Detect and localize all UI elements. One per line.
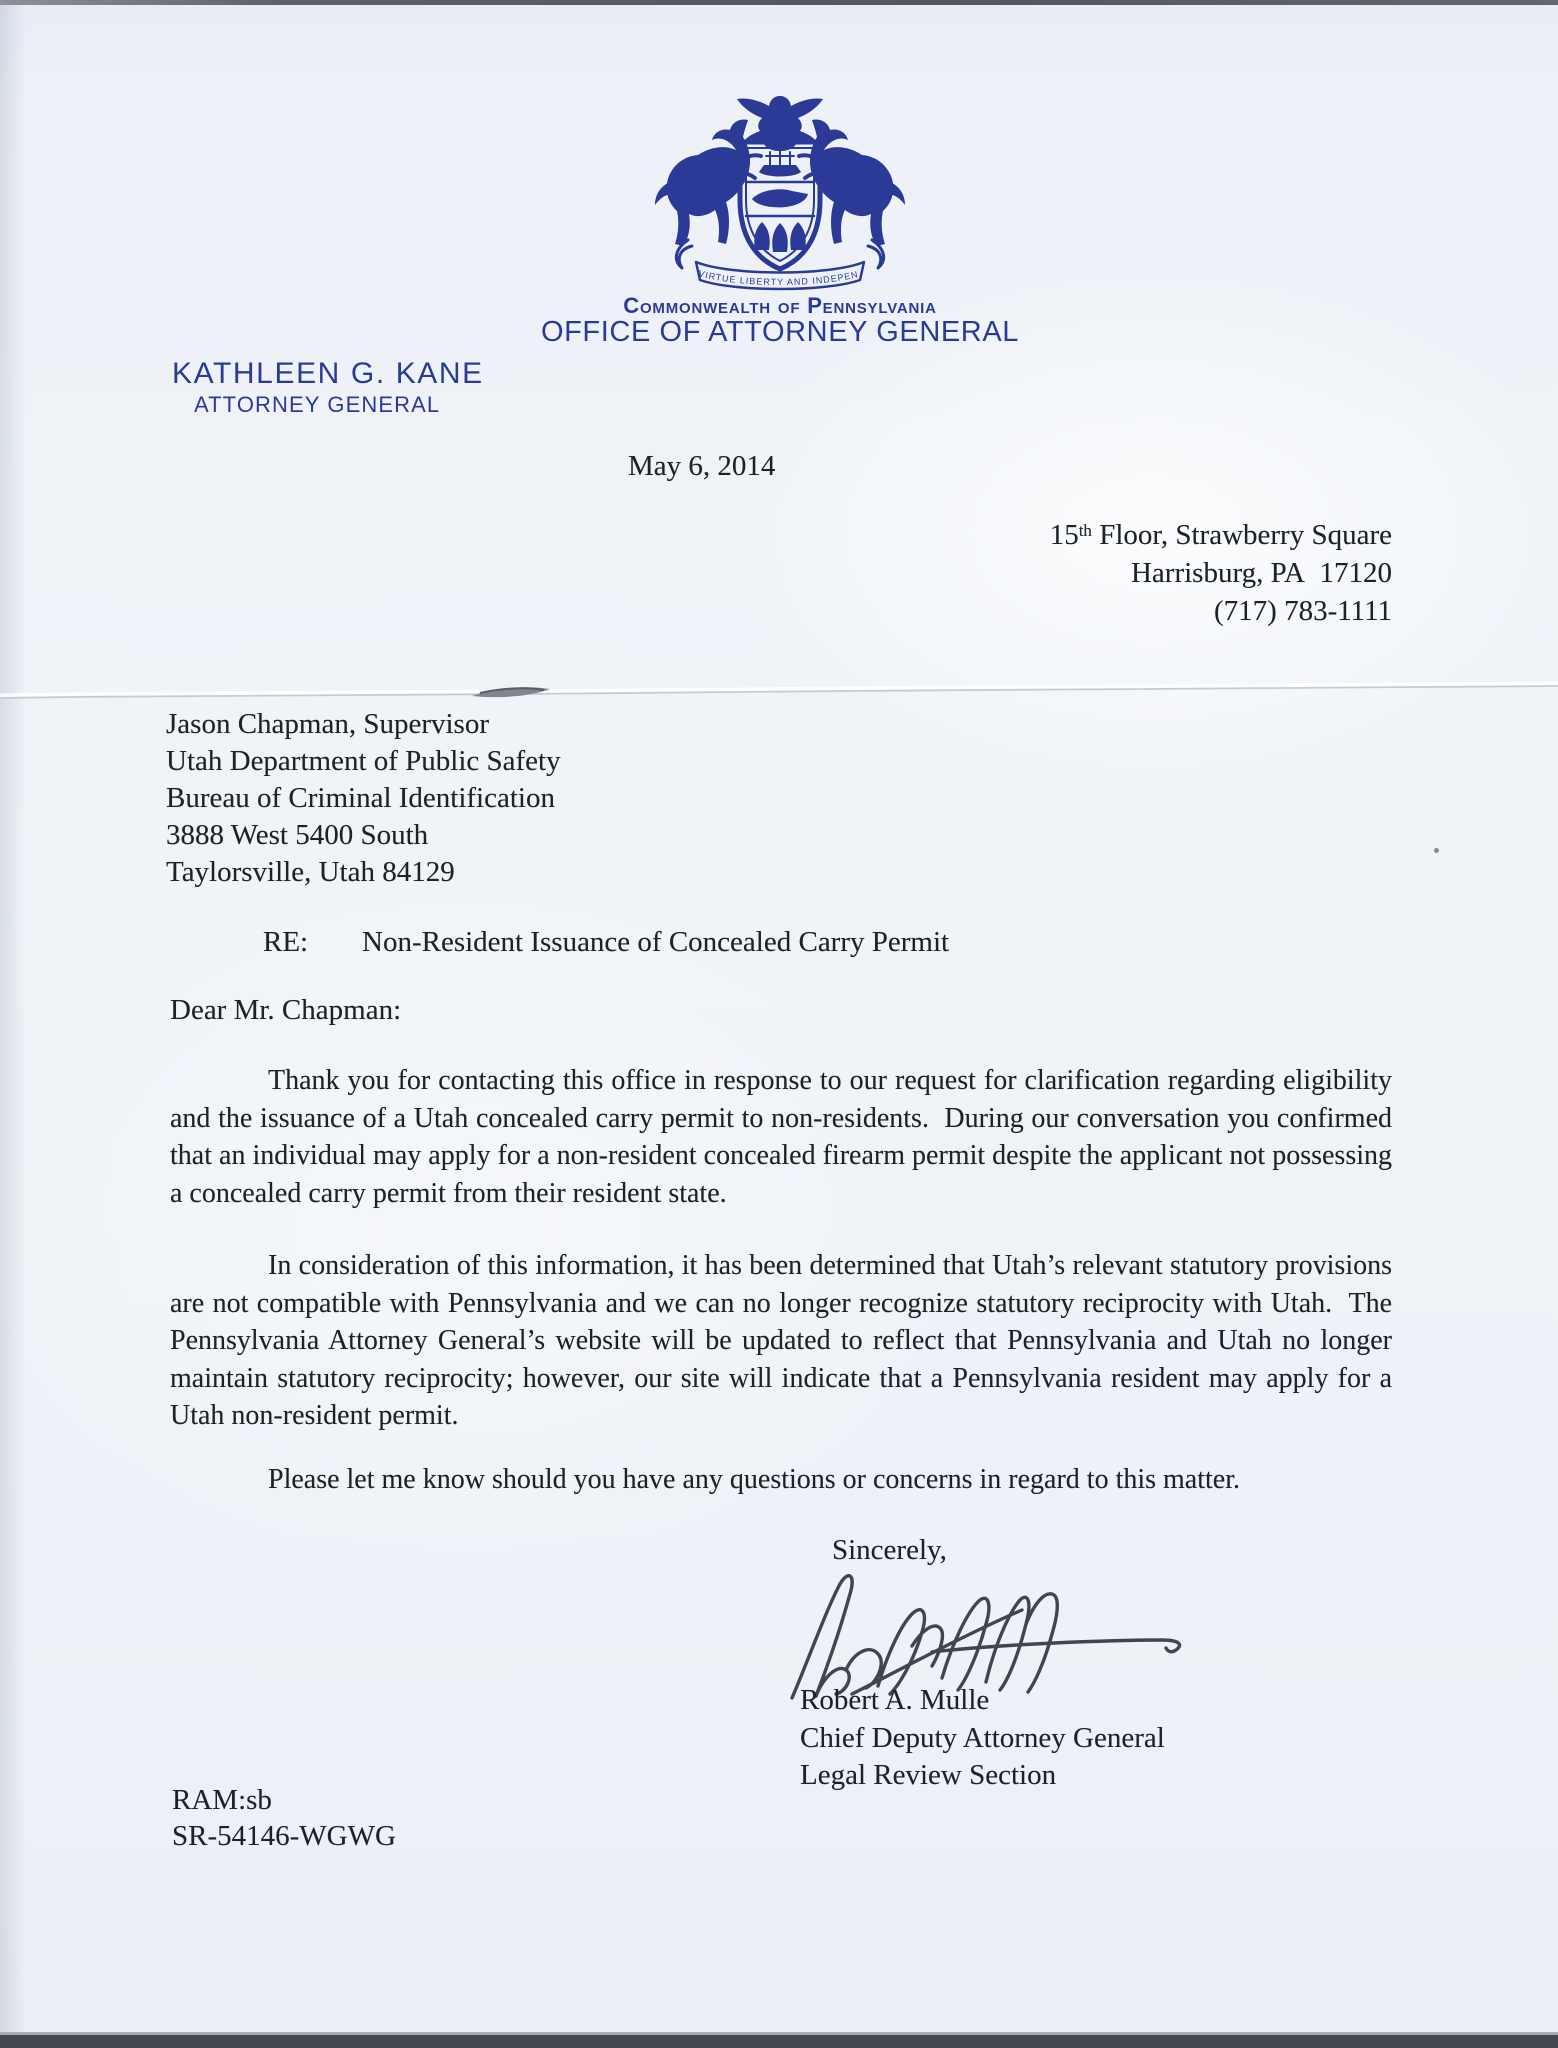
signature-block: Robert A. Mulle Chief Deputy Attorney Ge… [800, 1682, 1165, 1795]
signer-section: Legal Review Section [800, 1757, 1165, 1795]
attorney-general-name: KATHLEEN G. KANE [172, 357, 484, 391]
recipient-line: 3888 West 5400 South [166, 817, 561, 854]
body-paragraph-1: Thank you for contacting this office in … [170, 1062, 1392, 1212]
reference-block: RAM:sb SR-54146-WGWG [172, 1782, 396, 1854]
pennsylvania-coat-of-arms: VIRTUE LIBERTY AND INDEPENDENCE [640, 90, 920, 302]
body-paragraph-3: Please let me know should you have any q… [170, 1461, 1392, 1499]
office-line: OFFICE OF ATTORNEY GENERAL [480, 316, 1080, 349]
recipient-line: Bureau of Criminal Identification [166, 780, 561, 817]
sender-address: 15th Floor, Strawberry Square Harrisburg… [900, 512, 1392, 630]
salutation: Dear Mr. Chapman: [170, 994, 401, 1027]
scanner-edge-bottom [0, 2032, 1558, 2048]
body-paragraph-2: In consideration of this information, it… [170, 1247, 1392, 1435]
subject-text: Non-Resident Issuance of Concealed Carry… [362, 926, 949, 959]
subject-label: RE: [263, 926, 308, 959]
signer-name: Robert A. Mulle [800, 1682, 1165, 1720]
date-line: May 6, 2014 [628, 450, 775, 483]
scanner-edge-top [0, 0, 1558, 5]
recipient-line: Jason Chapman, Supervisor [166, 706, 561, 743]
valediction: Sincerely, [832, 1534, 947, 1567]
ordinal-superscript: th [1079, 521, 1092, 540]
attorney-general-title: ATTORNEY GENERAL [194, 392, 440, 418]
file-number: SR-54146-WGWG [172, 1818, 396, 1854]
recipient-address: Jason Chapman, Supervisor Utah Departmen… [166, 706, 561, 891]
recipient-line: Taylorsville, Utah 84129 [166, 854, 561, 891]
sender-address-line1: 15th Floor, Strawberry Square [900, 512, 1392, 554]
sender-address-line3: (717) 783-1111 [900, 592, 1392, 630]
shield-icon [740, 142, 820, 269]
scanned-letter-page: VIRTUE LIBERTY AND INDEPENDENCE Commonwe… [0, 0, 1558, 2048]
sender-address-line2: Harrisburg, PA 17120 [900, 554, 1392, 592]
scan-speck [1434, 848, 1439, 853]
scan-edge-shading [0, 0, 26, 2048]
recipient-line: Utah Department of Public Safety [166, 743, 561, 780]
typist-initials: RAM:sb [172, 1782, 396, 1818]
signer-title: Chief Deputy Attorney General [800, 1720, 1165, 1758]
